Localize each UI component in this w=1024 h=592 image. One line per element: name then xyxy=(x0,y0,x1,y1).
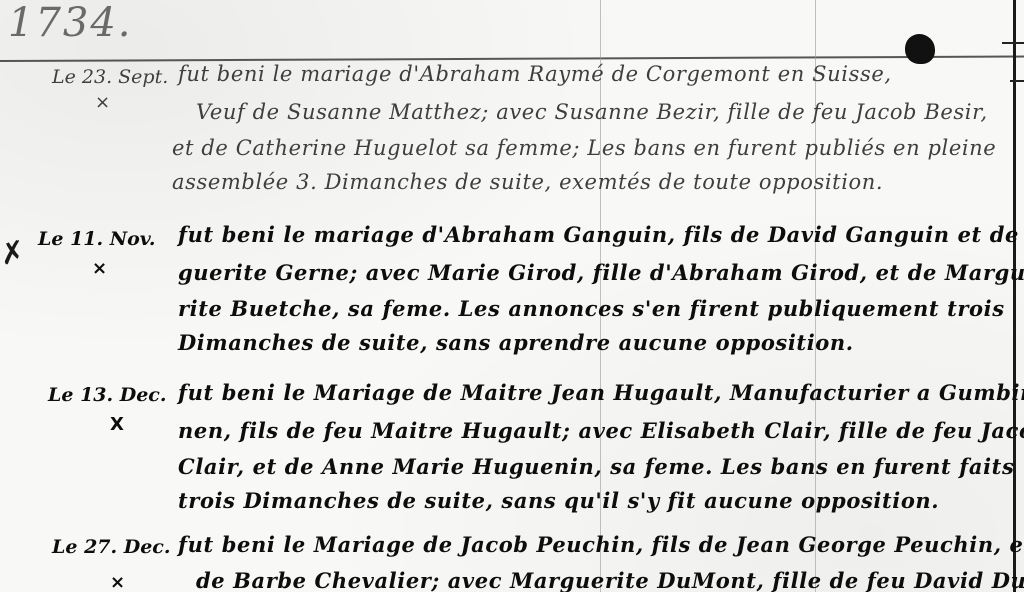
entry-mark: × xyxy=(95,92,110,113)
entry-mark: X xyxy=(110,414,124,435)
entry-line: guerite Gerne; avec Marie Girod, fille d… xyxy=(178,260,1024,285)
entry-line: nen, fils de feu Maitre Hugault; avec El… xyxy=(178,418,1024,443)
entry-line: Dimanches de suite, sans aprendre aucune… xyxy=(178,330,854,355)
entry-line: trois Dimanches de suite, sans qu'il s'y… xyxy=(178,488,939,513)
entry-line: rite Buetche, sa feme. Les annonces s'en… xyxy=(178,296,1005,321)
entry-line: fut beni le Mariage de Jacob Peuchin, fi… xyxy=(178,532,1024,557)
entry-line: fut beni le mariage d'Abraham Raymé de C… xyxy=(178,62,892,86)
register-page: 1734. Le 23. Sept. × fut beni le mariage… xyxy=(0,0,1024,592)
edge-tick xyxy=(1002,42,1024,44)
entry-line: Clair, et de Anne Marie Huguenin, sa fem… xyxy=(178,454,1014,479)
entry-date: Le 23. Sept. xyxy=(52,66,168,88)
entry-line: fut beni le Mariage de Maitre Jean Hugau… xyxy=(178,380,1024,405)
entry-line: assemblée 3. Dimanches de suite, exemtés… xyxy=(172,170,883,194)
entry-mark: × xyxy=(110,572,125,592)
entry-date: Le 11. Nov. xyxy=(38,228,156,250)
entry-date: Le 13. Dec. xyxy=(48,384,166,406)
page-edge xyxy=(1013,0,1016,592)
year-heading: 1734. xyxy=(8,0,133,46)
entry-line: fut beni le mariage d'Abraham Ganguin, f… xyxy=(178,222,1024,247)
entry-mark: × xyxy=(92,258,107,279)
entry-line: et de Catherine Huguelot sa femme; Les b… xyxy=(172,136,996,160)
entry-line: de Barbe Chevalier; avec Marguerite DuMo… xyxy=(196,568,1024,592)
margin-cross-mark: ✗ xyxy=(0,234,28,273)
ink-blot xyxy=(905,34,935,64)
entry-date: Le 27. Dec. xyxy=(52,536,170,558)
entry-line: Veuf de Susanne Matthez; avec Susanne Be… xyxy=(196,100,988,124)
edge-tick xyxy=(1010,80,1024,82)
